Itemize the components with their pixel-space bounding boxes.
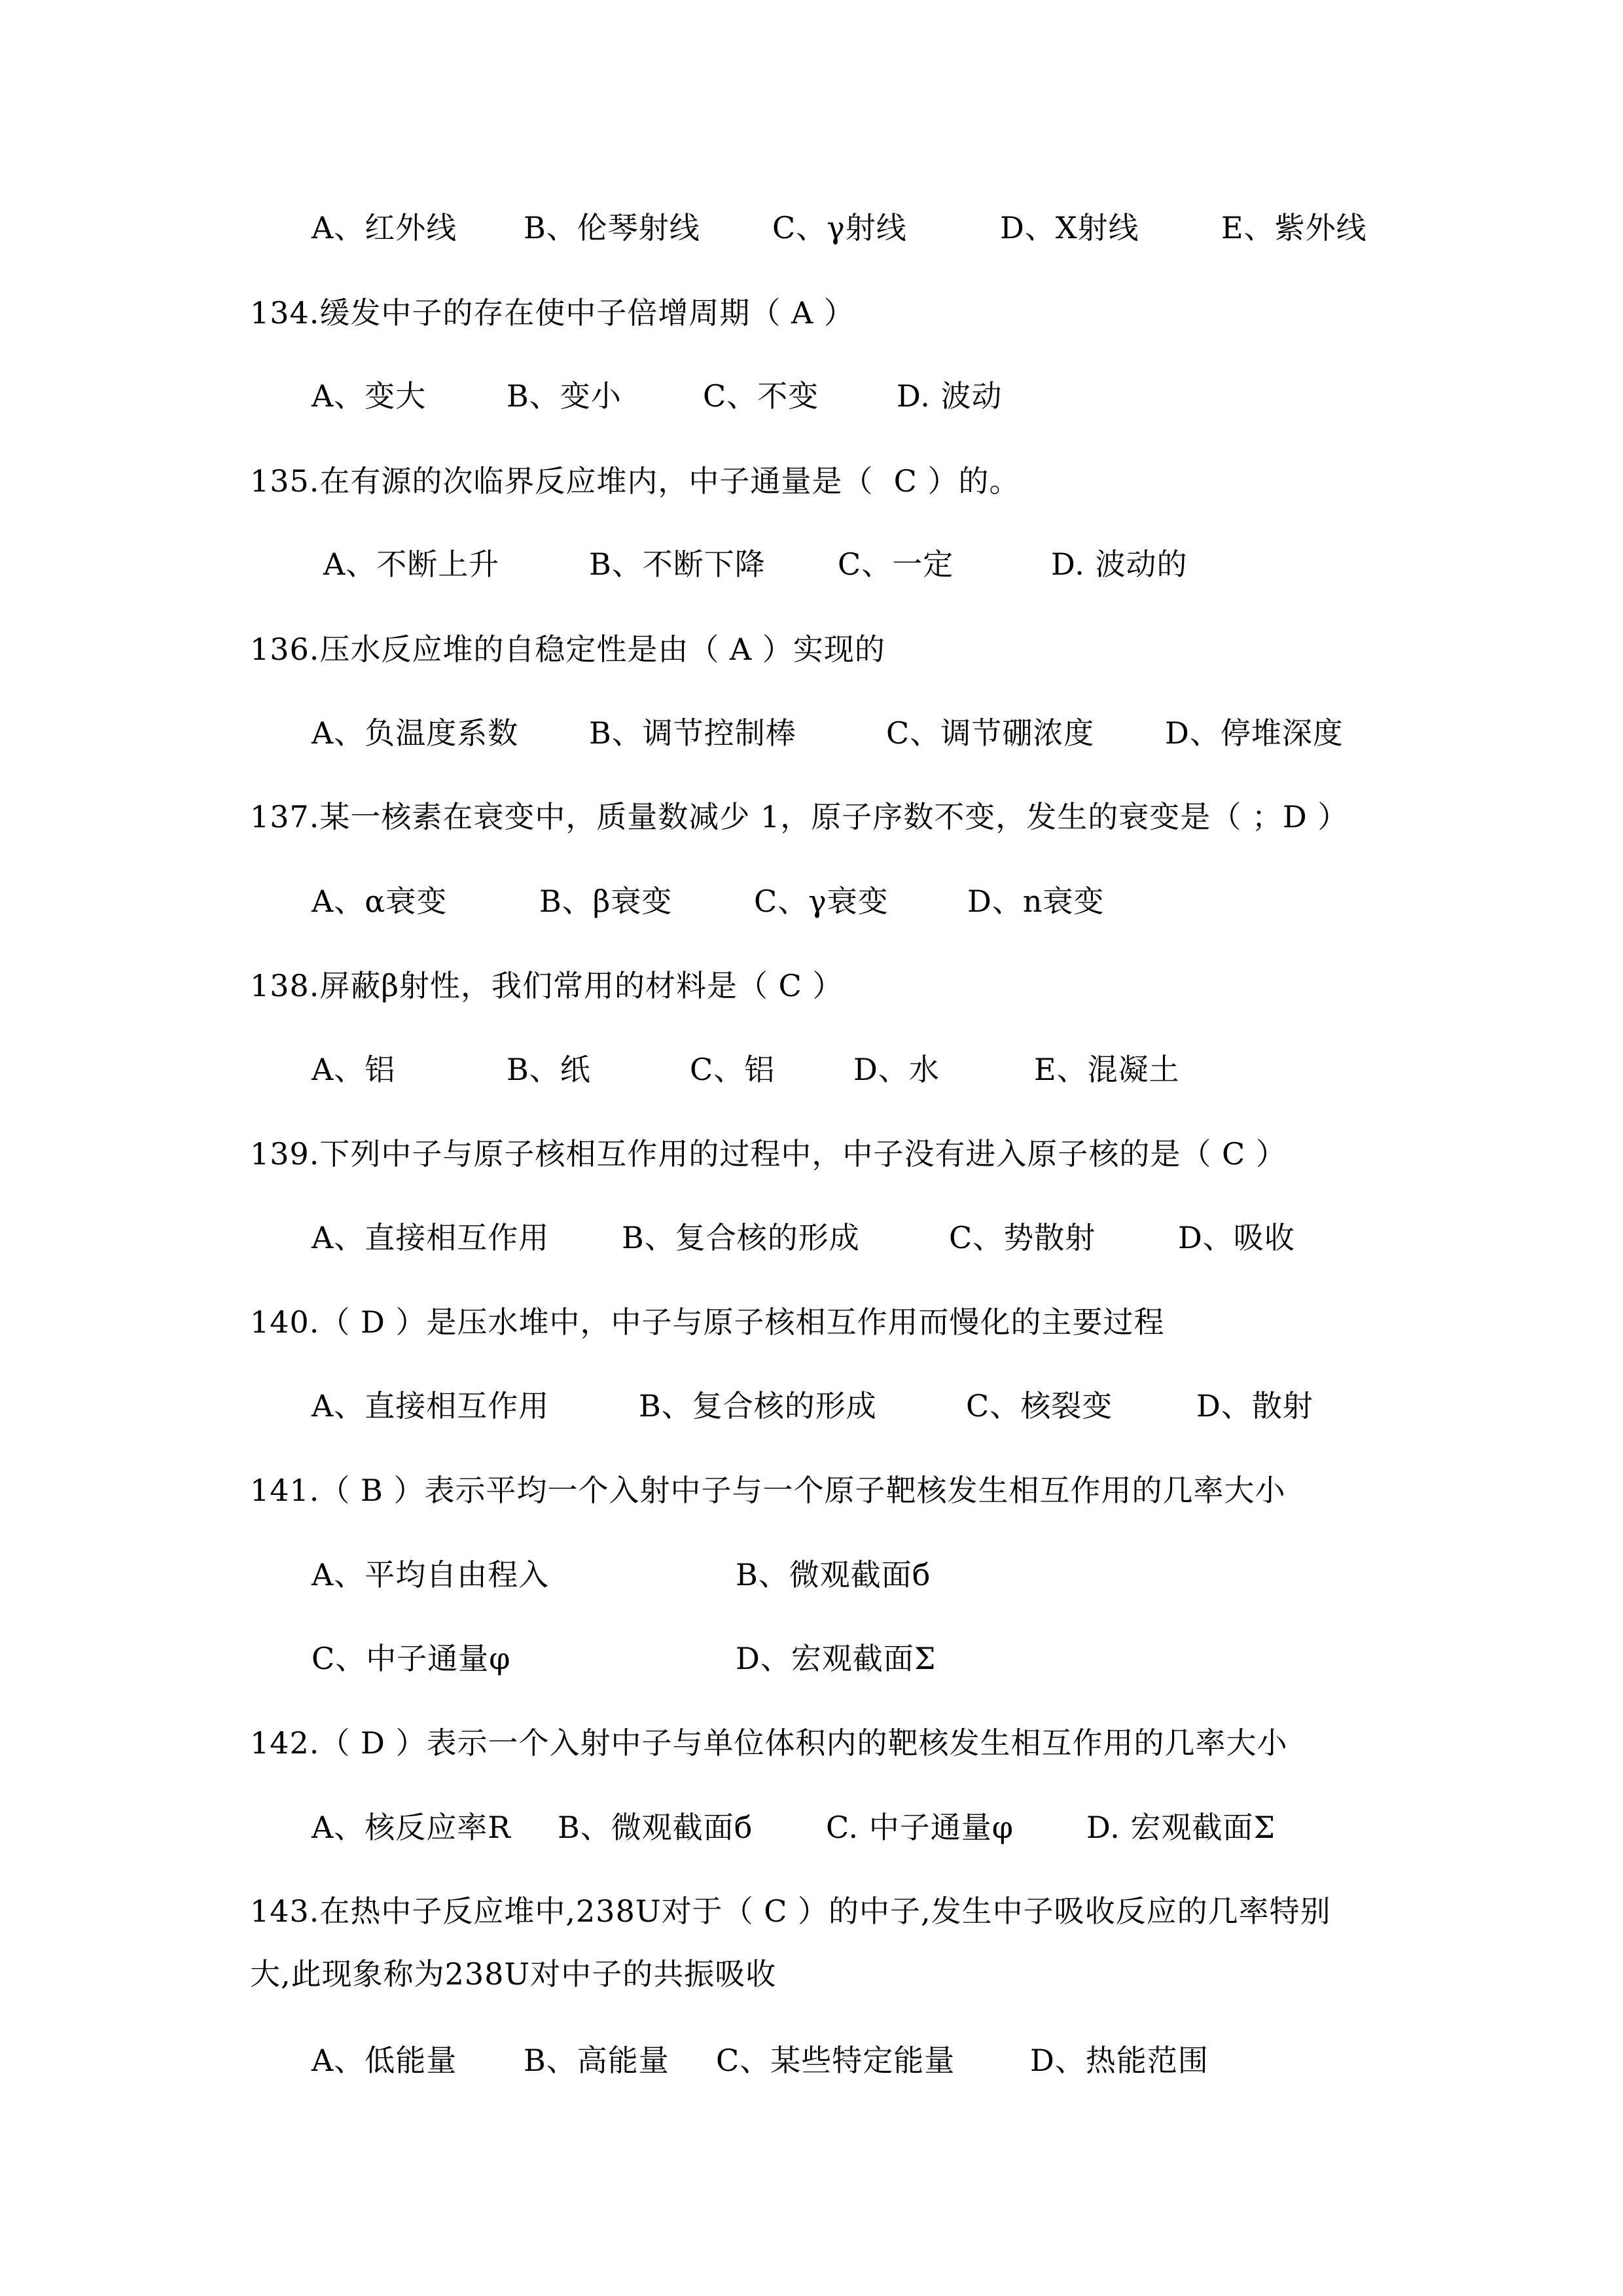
- answer-option: D、吸收: [1178, 1218, 1295, 1257]
- answer-option: C、势散射: [949, 1218, 1096, 1257]
- answer-option: D、热能范围: [1030, 2041, 1209, 2080]
- answer-option: C、核裂变: [966, 1386, 1113, 1426]
- answer-option: B、变小: [507, 376, 622, 416]
- question-stem: 134.缓发中子的存在使中子倍增周期（ A ）: [250, 293, 855, 332]
- answer-option: C、不变: [703, 376, 819, 416]
- answer-option: D、n衰变: [967, 882, 1105, 921]
- answer-option: A、平均自由程入: [312, 1555, 549, 1594]
- answer-option: A、变大: [312, 376, 426, 416]
- answer-options-row: C、中子通量φD、宏观截面Σ: [0, 1639, 1623, 1678]
- answer-option: B、微观截面б: [558, 1808, 753, 1847]
- question-stem: 139.下列中子与原子核相互作用的过程中，中子没有进入原子核的是（ C ）: [250, 1134, 1287, 1174]
- answer-option: C、铝: [690, 1050, 775, 1089]
- answer-option: A、α衰变: [312, 882, 447, 921]
- answer-option: B、纸: [507, 1050, 591, 1089]
- answer-option: D、停堆深度: [1165, 713, 1344, 753]
- exam-page: A、红外线B、伦琴射线C、γ射线D、X射线E、紫外线134.缓发中子的存在使中子…: [0, 0, 1623, 2296]
- answer-option: B、伦琴射线: [524, 208, 700, 247]
- answer-option: C、调节硼浓度: [886, 713, 1094, 753]
- answer-option: D、水: [853, 1050, 940, 1089]
- answer-options-row: A、红外线B、伦琴射线C、γ射线D、X射线E、紫外线: [0, 208, 1623, 247]
- answer-option: A、不断上升: [323, 545, 499, 584]
- answer-option: A、直接相互作用: [312, 1386, 549, 1426]
- answer-option: D、X射线: [1000, 208, 1139, 247]
- answer-options-row: A、直接相互作用B、复合核的形成C、势散射D、吸收: [0, 1218, 1623, 1257]
- question-stem-continuation: 大,此现象称为238U对中子的共振吸收: [250, 1954, 776, 1994]
- answer-option: D. 波动的: [1051, 545, 1188, 584]
- answer-option: A、负温度系数: [312, 713, 518, 753]
- answer-option: B、调节控制棒: [589, 713, 796, 753]
- question-stem: 138.屏蔽β射性，我们常用的材料是（ C ）: [250, 966, 843, 1005]
- answer-option: E、混凝土: [1034, 1050, 1180, 1089]
- answer-option: C、中子通量φ: [312, 1639, 510, 1678]
- answer-option: A、低能量: [312, 2041, 457, 2080]
- answer-option: B、高能量: [524, 2041, 669, 2080]
- answer-options-row: A、平均自由程入B、微观截面б: [0, 1555, 1623, 1594]
- question-stem: 141.（ B ）表示平均一个入射中子与一个原子靶核发生相互作用的几率大小: [250, 1471, 1285, 1510]
- answer-options-row: A、变大B、变小C、不变D. 波动: [0, 376, 1623, 416]
- question-stem: 137.某一核素在衰变中，质量数减少 1，原子序数不变，发生的衰变是（ ；D ）: [250, 797, 1348, 836]
- question-stem: 136.压水反应堆的自稳定性是由（ A ）实现的: [250, 630, 885, 669]
- answer-options-row: A、低能量B、高能量C、某些特定能量D、热能范围: [0, 2041, 1623, 2080]
- answer-option: B、复合核的形成: [639, 1386, 877, 1426]
- answer-option: A、红外线: [312, 208, 457, 247]
- question-stem: 143.在热中子反应堆中,238U对于（ C ）的中子,发生中子吸收反应的几率特…: [250, 1892, 1331, 1931]
- answer-option: B、不断下降: [589, 545, 766, 584]
- answer-option: B、β衰变: [539, 882, 672, 921]
- answer-option: C、γ射线: [772, 208, 907, 247]
- answer-option: A、核反应率R: [312, 1808, 511, 1847]
- question-stem: 142.（ D ）表示一个入射中子与单位体积内的靶核发生相互作用的几率大小: [250, 1723, 1288, 1763]
- question-stem: 135.在有源的次临界反应堆内，中子通量是（ C ）的。: [250, 461, 1020, 501]
- answer-option: B、微观截面б: [736, 1555, 931, 1594]
- answer-options-row: A、负温度系数B、调节控制棒C、调节硼浓度D、停堆深度: [0, 713, 1623, 753]
- answer-option: D. 宏观截面Σ: [1086, 1808, 1275, 1847]
- answer-option: C、γ衰变: [754, 882, 889, 921]
- answer-options-row: A、核反应率RB、微观截面бC. 中子通量φD. 宏观截面Σ: [0, 1808, 1623, 1847]
- answer-option: C、某些特定能量: [716, 2041, 955, 2080]
- answer-options-row: A、不断上升B、不断下降C、一定D. 波动的: [0, 545, 1623, 584]
- answer-option: A、直接相互作用: [312, 1218, 549, 1257]
- answer-option: C、一定: [838, 545, 954, 584]
- answer-options-row: A、直接相互作用B、复合核的形成C、核裂变D、散射: [0, 1386, 1623, 1426]
- question-stem: 140.（ D ）是压水堆中，中子与原子核相互作用而慢化的主要过程: [250, 1302, 1165, 1342]
- answer-option: C. 中子通量φ: [826, 1808, 1014, 1847]
- answer-option: D、宏观截面Σ: [736, 1639, 936, 1678]
- answer-option: A、铝: [312, 1050, 395, 1089]
- answer-option: E、紫外线: [1221, 208, 1367, 247]
- answer-options-row: A、α衰变B、β衰变C、γ衰变D、n衰变: [0, 882, 1623, 921]
- answer-option: B、复合核的形成: [622, 1218, 860, 1257]
- answer-option: D、散射: [1196, 1386, 1313, 1426]
- answer-option: D. 波动: [897, 376, 1003, 416]
- answer-options-row: A、铝B、纸C、铝D、水E、混凝土: [0, 1050, 1623, 1089]
